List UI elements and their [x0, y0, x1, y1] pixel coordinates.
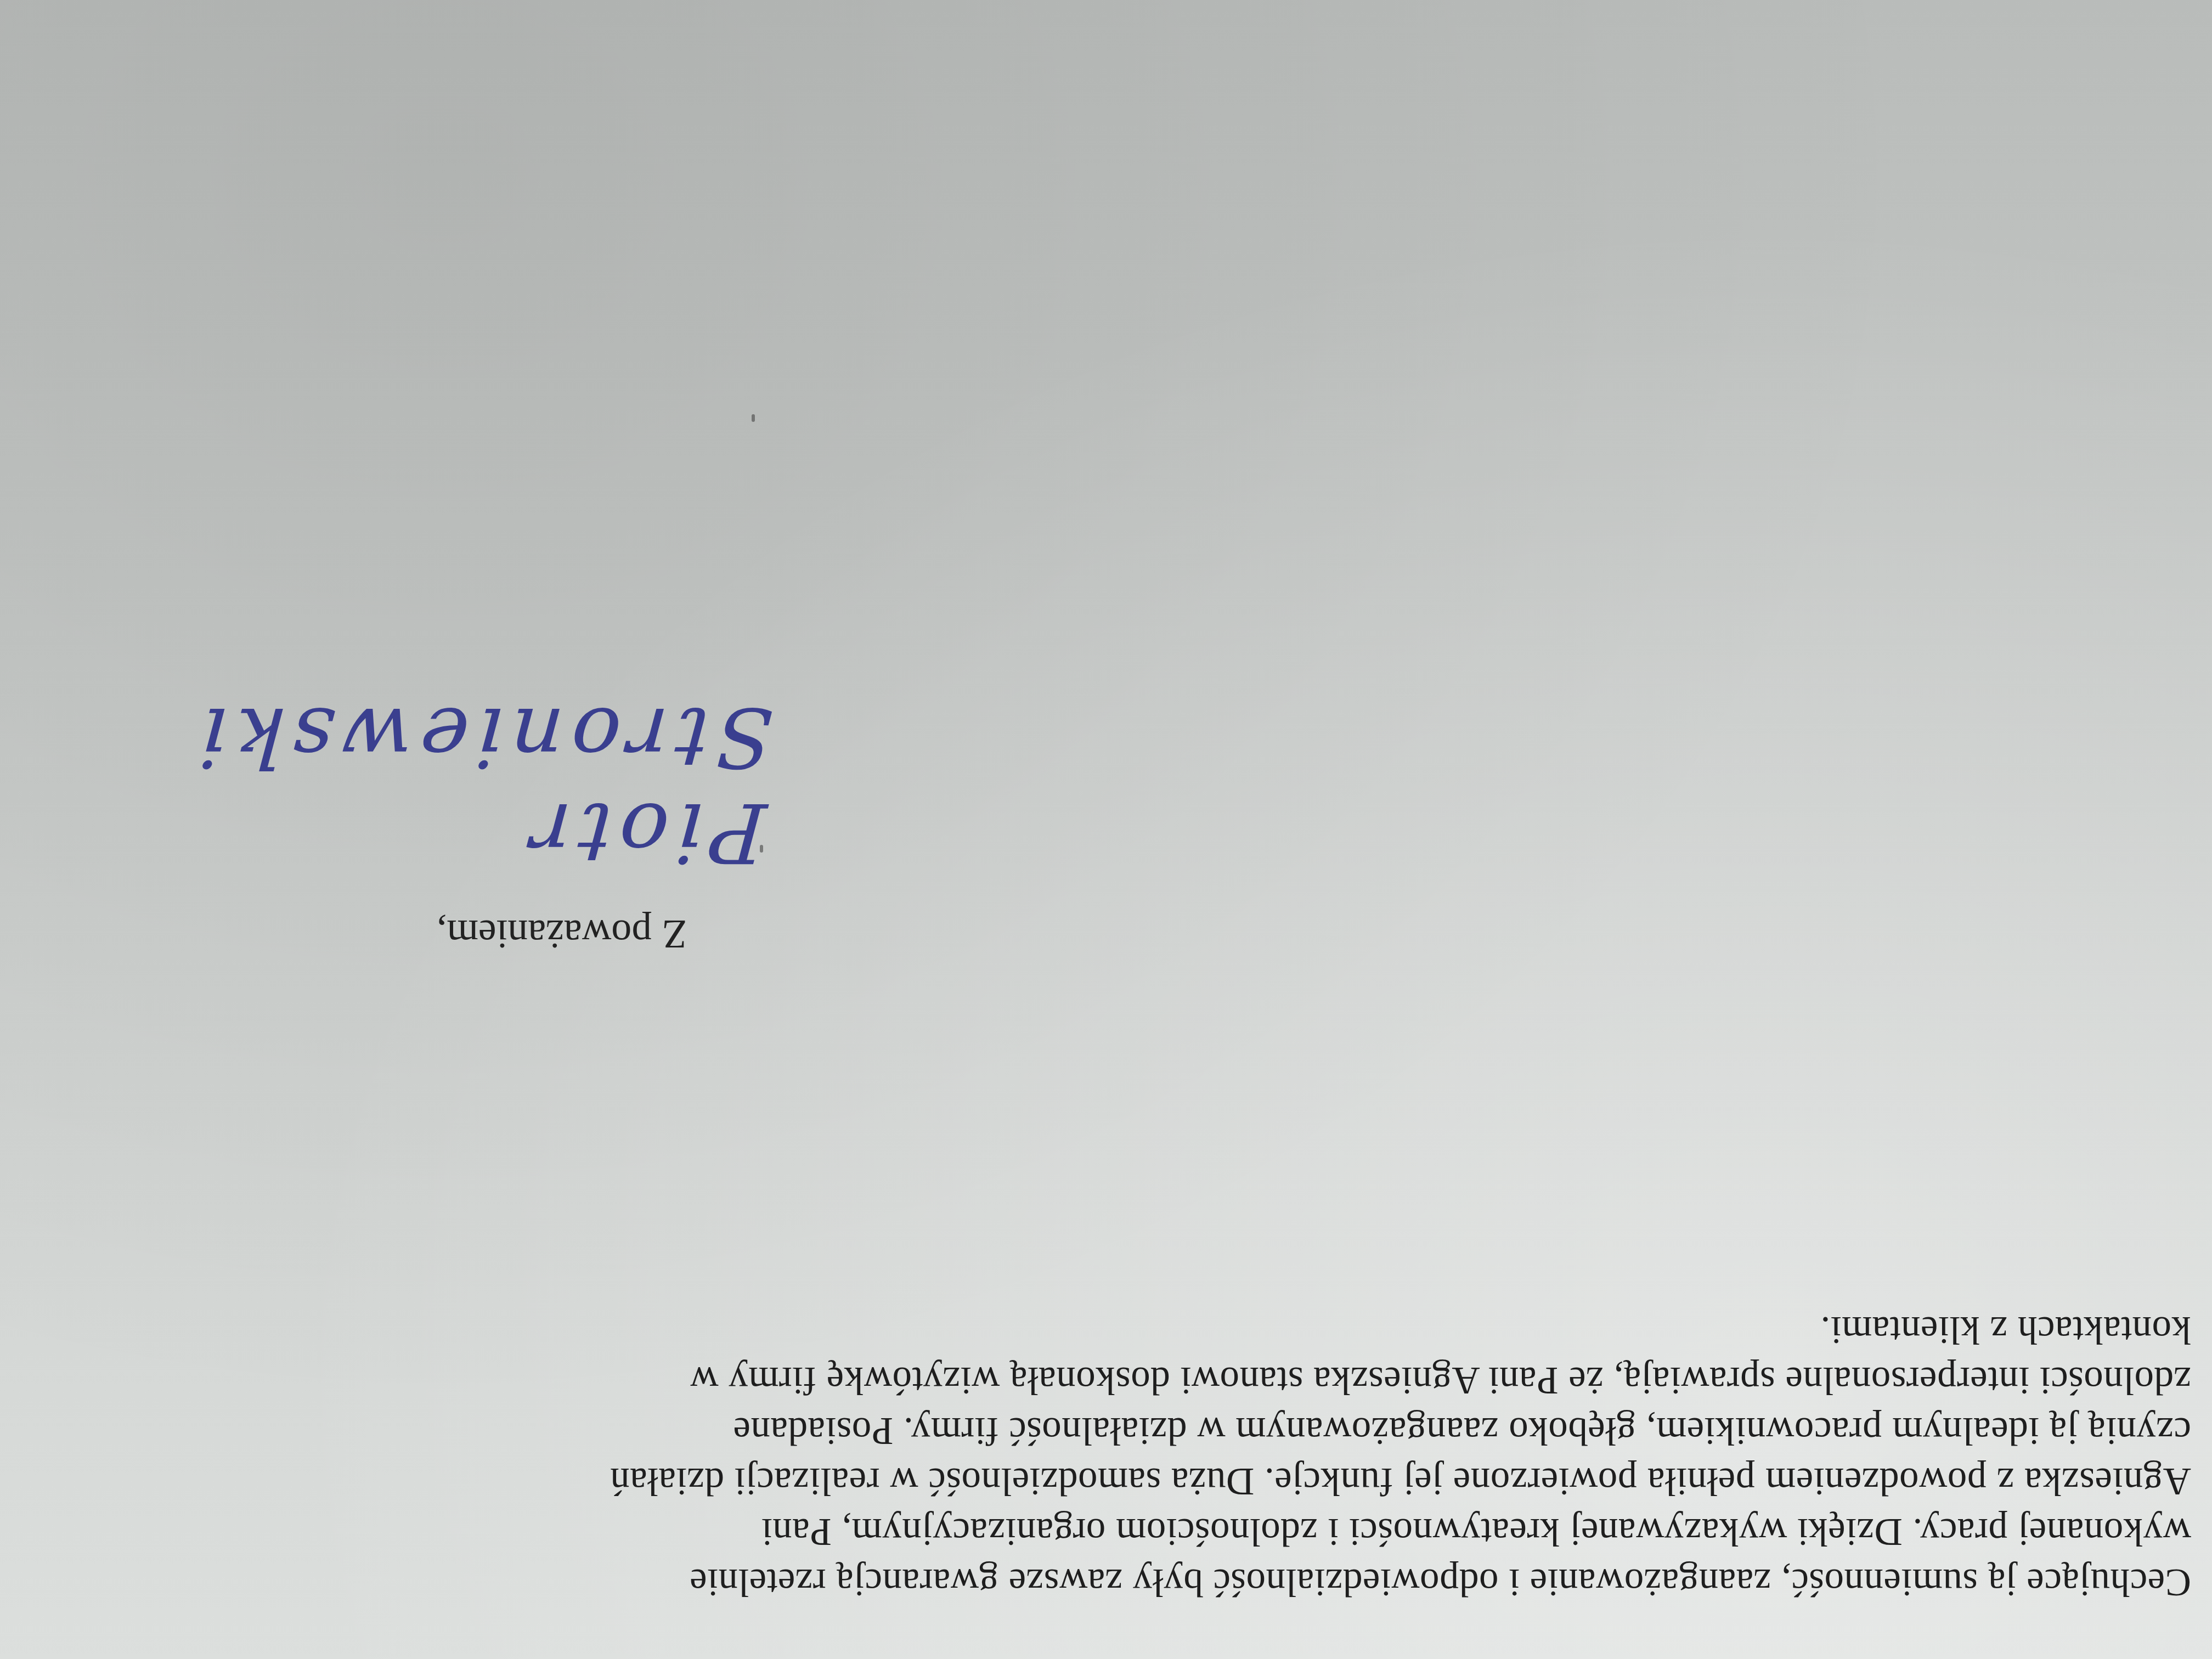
body-line: czynią ją idealnym pracownikiem, głęboko… [24, 1406, 2191, 1456]
closing-salutation: Z poważaniem, [437, 910, 687, 957]
body-line: kontaktach z klientami. [24, 1305, 2191, 1355]
handwritten-signature: Piotr Stroniewski [0, 689, 776, 880]
paper-speck [752, 414, 755, 422]
body-line: Cechujące ją sumienność, zaangażowanie i… [24, 1557, 2191, 1607]
paper-speck [760, 845, 763, 853]
body-line: wykonanej pracy. Dzięki wykazywanej krea… [24, 1506, 2191, 1557]
letter-body: Cechujące ją sumienność, zaangażowanie i… [24, 1305, 2191, 1607]
letter-page: Cechujące ją sumienność, zaangażowanie i… [0, 0, 2212, 1659]
body-line: zdolności interpersonalne sprawiają, że … [24, 1355, 2191, 1406]
body-line: Agnieszka z powodzeniem pełniła powierzo… [24, 1456, 2191, 1506]
